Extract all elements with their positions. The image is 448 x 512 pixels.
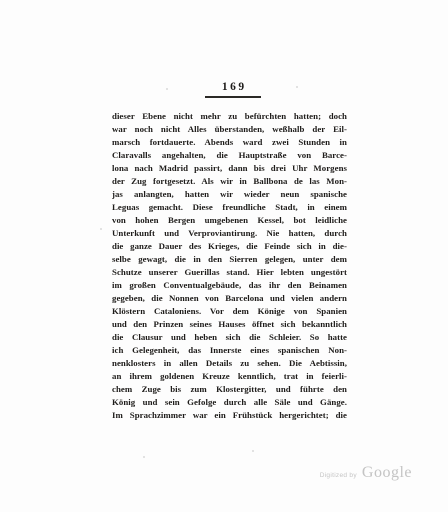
text-line: Klöstern Cataloniens. Vor dem Könige von… — [112, 305, 347, 318]
scan-speck — [252, 450, 254, 452]
text-line: Unterkunft und Verproviantirung. Nie hat… — [112, 227, 347, 240]
text-line: gegeben, die Nonnen von Barcelona und vi… — [112, 292, 347, 305]
text-line: Claravalls angehalten, die Hauptstraße v… — [112, 149, 347, 162]
text-line: die ganze Dauer des Krieges, die Feinde … — [112, 240, 347, 253]
page-number-rule — [205, 96, 261, 98]
scanned-book-page: 169 dieser Ebene nicht mehr zu befürchte… — [0, 0, 448, 512]
scan-speck — [166, 88, 168, 90]
text-line: an ihrem goldenen Kreuze kenntlich, trat… — [112, 370, 347, 383]
page-header: 169 — [203, 81, 263, 98]
digitized-watermark: Digitized by Google — [320, 464, 412, 482]
text-line: chem Zuge bis zum Klostergitter, und füh… — [112, 383, 347, 396]
text-line: selbe gewagt, die in den Sierren gelegen… — [112, 253, 347, 266]
text-line: König und sein Gefolge durch alle Säle u… — [112, 396, 347, 409]
text-line: jas anlangten, hatten wir wieder neun sp… — [112, 188, 347, 201]
text-line: die Clausur und heben sich die Schleier.… — [112, 331, 347, 344]
text-line: marsch fortdauerte. Abends ward zwei Stu… — [112, 136, 347, 149]
text-line: lona nach Madrid passirt, dann bis drei … — [112, 162, 347, 175]
body-text: dieser Ebene nicht mehr zu befürchten ha… — [112, 110, 347, 422]
text-line: und den Prinzen seines Hauses öffnet sic… — [112, 318, 347, 331]
text-line: im großen Conventualgebäude, das ihr den… — [112, 279, 347, 292]
scan-speck — [100, 228, 102, 230]
text-line: von hohen Bergen umgebenen Kessel, bot l… — [112, 214, 347, 227]
digitized-by-label: Digitized by — [320, 472, 357, 479]
page-number: 169 — [203, 81, 263, 93]
text-line: ich Gelegenheit, das Innerste eines span… — [112, 344, 347, 357]
text-line: Leguas gemacht. Diese freundliche Stadt,… — [112, 201, 347, 214]
text-line: Im Sprachzimmer war ein Frühstück herger… — [112, 409, 347, 422]
text-line: dieser Ebene nicht mehr zu befürchten ha… — [112, 110, 347, 123]
google-logo: Google — [362, 464, 412, 482]
text-line: der Zug fortgesetzt. Als wir in Ballbona… — [112, 175, 347, 188]
text-line: nenklosters in allen Details zu sehen. D… — [112, 357, 347, 370]
scan-speck — [296, 86, 298, 88]
scan-speck — [143, 456, 145, 458]
text-line: Schutze unserer Guerillas stand. Hier le… — [112, 266, 347, 279]
text-line: war noch nicht Alles überstanden, weßhal… — [112, 123, 347, 136]
